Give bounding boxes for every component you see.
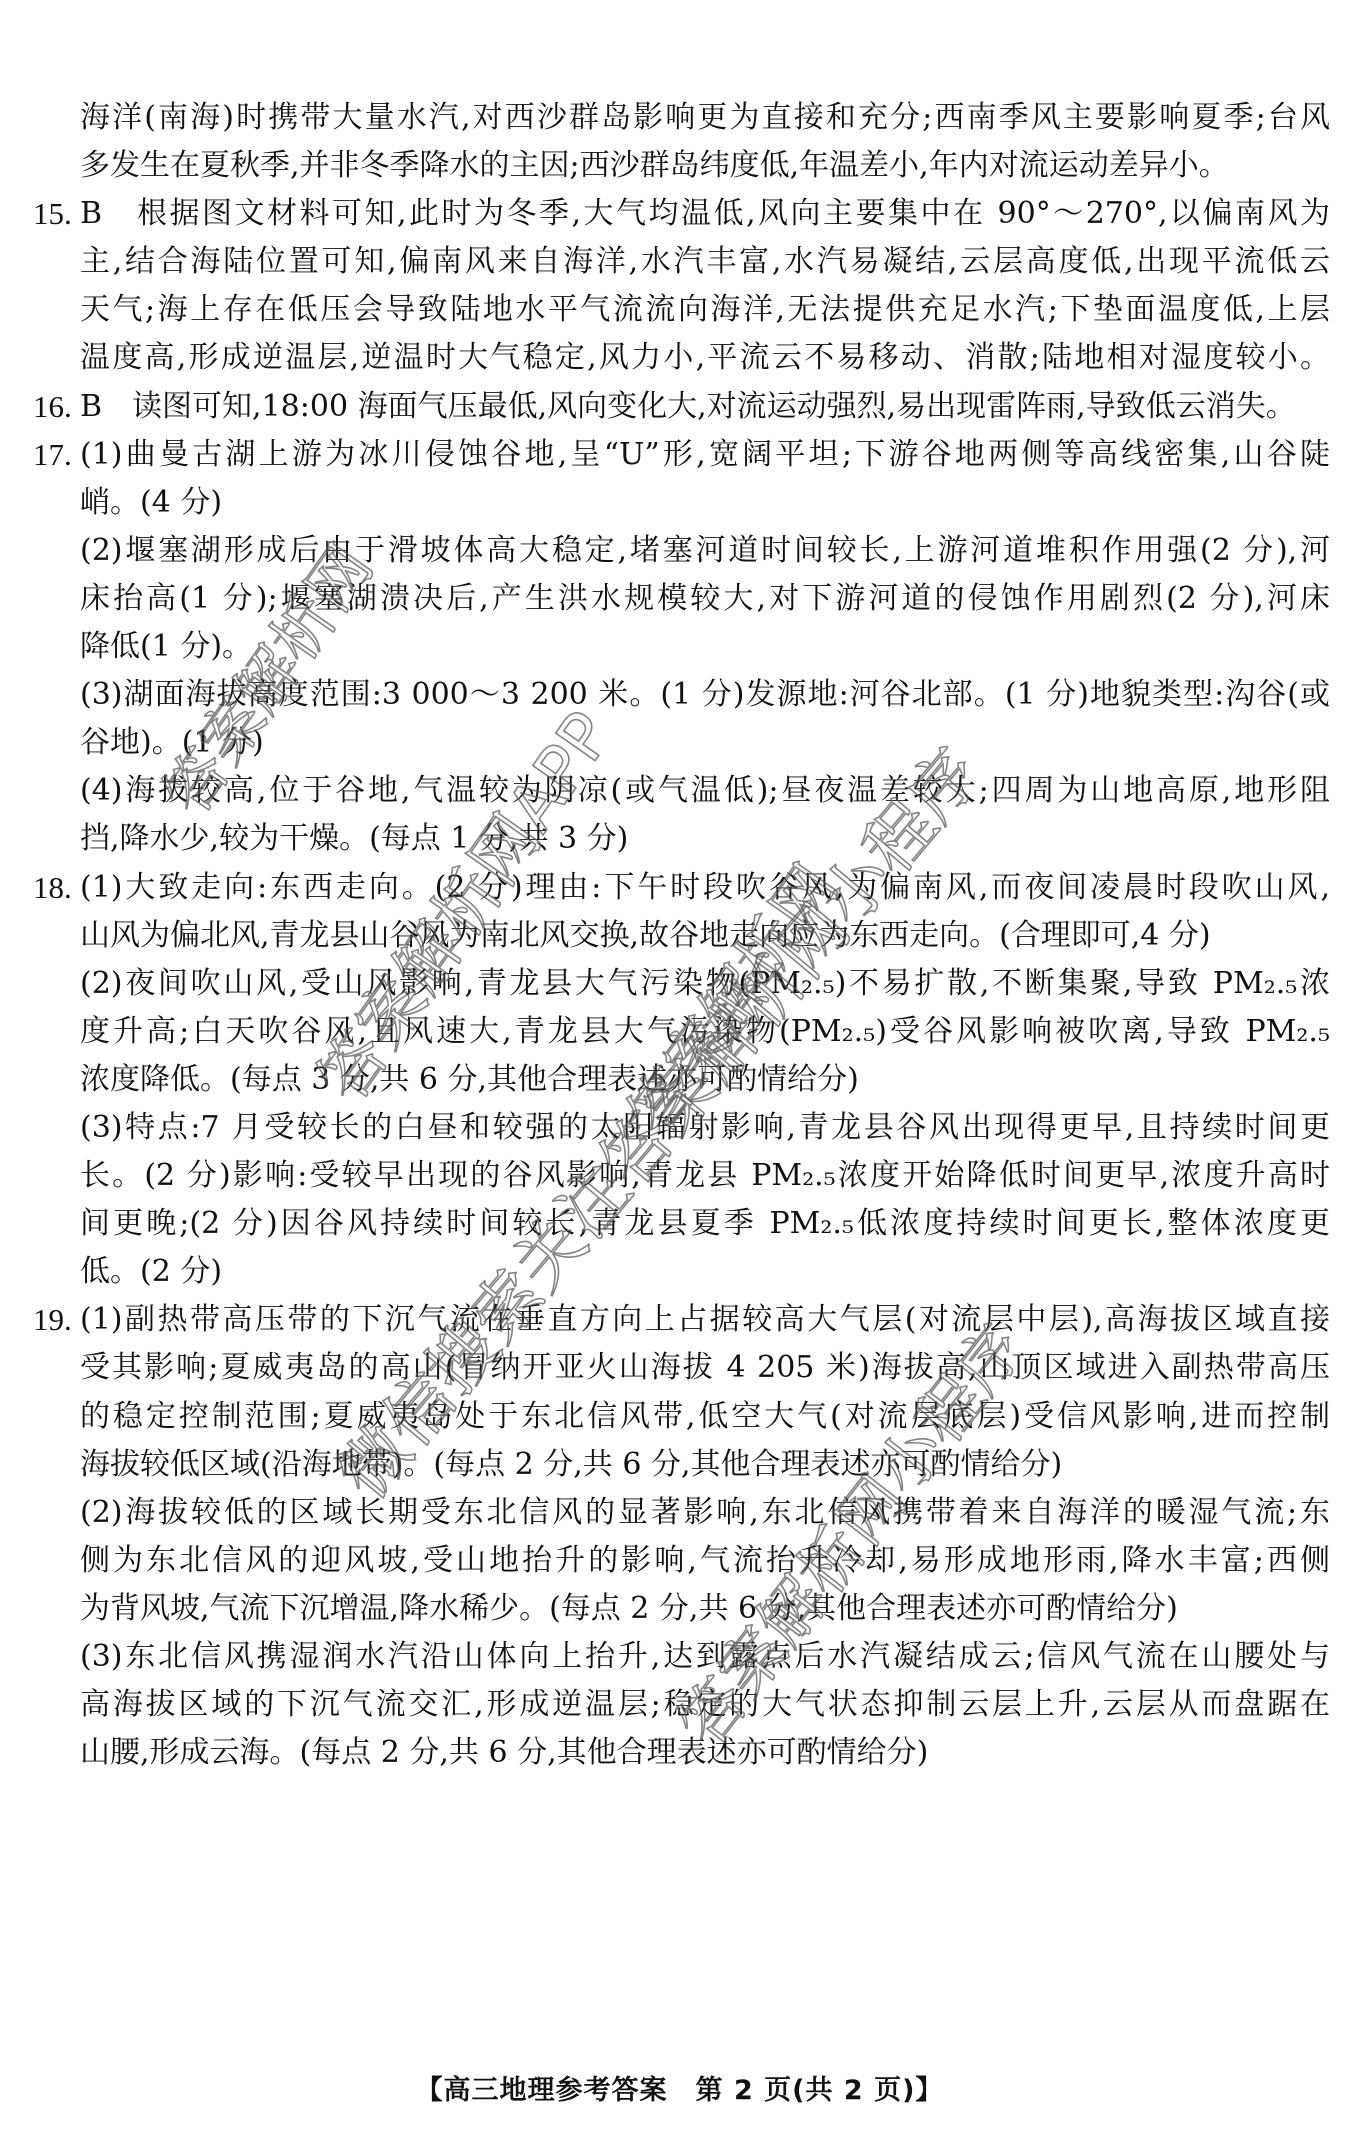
text-line: (4)海拔较高,位于谷地,气温较为阴凉(或气温低);昼夜温差较大;四周为山地高原… xyxy=(33,767,1330,815)
line-text: 山腰,形成云海。(每点 2 分,共 6 分,其他合理表述亦可酌情给分) xyxy=(80,1729,1330,1777)
text-line: (2)夜间吹山风,受山风影响,青龙县大气污染物(PM₂.₅)不易扩散,不断集聚,… xyxy=(33,960,1330,1008)
line-text: 温度高,形成逆温层,逆温时大气稳定,风力小,平流云不易移动、消散;陆地相对湿度较… xyxy=(80,334,1330,382)
text-line: 高海拔区域的下沉气流交汇,形成逆温层;稳定的大气状态抑制云层上升,云层从而盘踞在 xyxy=(33,1681,1330,1729)
line-text: B 根据图文材料可知,此时为冬季,大气均温低,风向主要集中在 90°～270°,… xyxy=(80,190,1330,238)
line-text: (3)东北信风携湿润水汽沿山体向上抬升,达到露点后水汽凝结成云;信风气流在山腰处… xyxy=(80,1633,1330,1681)
line-text: 海拔较低区域(沿海地带)。(每点 2 分,共 6 分,其他合理表述亦可酌情给分) xyxy=(80,1441,1330,1489)
line-text: 度升高;白天吹谷风,且风速大,青龙县大气污染物(PM₂.₅)受谷风影响被吹离,导… xyxy=(80,1008,1330,1056)
text-line: 海拔较低区域(沿海地带)。(每点 2 分,共 6 分,其他合理表述亦可酌情给分) xyxy=(33,1441,1330,1489)
line-text: 海洋(南海)时携带大量水汽,对西沙群岛影响更为直接和充分;西南季风主要影响夏季;… xyxy=(80,94,1330,142)
text-line: 受其影响;夏威夷岛的高山(冒纳开亚火山海拔 4 205 米)海拔高,山顶区域进入… xyxy=(33,1344,1330,1392)
line-text: (3)湖面海拔高度范围:3 000～3 200 米。(1 分)发源地:河谷北部。… xyxy=(80,671,1330,719)
text-line: 的稳定控制范围;夏威夷岛处于东北信风带,低空大气(对流层底层)受信风影响,进而控… xyxy=(33,1393,1330,1441)
text-line: 床抬高(1 分);堰塞湖溃决后,产生洪水规模较大,对下游河道的侵蚀作用剧烈(2 … xyxy=(33,575,1330,623)
text-line: 温度高,形成逆温层,逆温时大气稳定,风力小,平流云不易移动、消散;陆地相对湿度较… xyxy=(33,334,1330,382)
line-text: 间更晚;(2 分)因谷风持续时间较长,青龙县夏季 PM₂.₅低浓度持续时间更长,… xyxy=(80,1200,1330,1248)
line-text: (1)副热带高压带的下沉气流在垂直方向上占据较高大气层(对流层中层),高海拔区域… xyxy=(80,1296,1330,1344)
text-line: 度升高;白天吹谷风,且风速大,青龙县大气污染物(PM₂.₅)受谷风影响被吹离,导… xyxy=(33,1008,1330,1056)
line-text: 谷地)。(1 分) xyxy=(80,719,1330,767)
line-text: 山风为偏北风,青龙县山谷风为南北风交换,故谷地走向应为东西走向。(合理即可,4 … xyxy=(80,912,1330,960)
text-line: 挡,降水少,较为干燥。(每点 1 分,共 3 分) xyxy=(33,815,1330,863)
line-text: 为背风坡,气流下沉增温,降水稀少。(每点 2 分,共 6 分,其他合理表述亦可酌… xyxy=(80,1585,1330,1633)
text-line: 17.(1)曲曼古湖上游为冰川侵蚀谷地,呈“U”形,宽阔平坦;下游谷地两侧等高线… xyxy=(33,431,1330,479)
text-line: 山风为偏北风,青龙县山谷风为南北风交换,故谷地走向应为东西走向。(合理即可,4 … xyxy=(33,912,1330,960)
line-text: 的稳定控制范围;夏威夷岛处于东北信风带,低空大气(对流层底层)受信风影响,进而控… xyxy=(80,1393,1330,1441)
question-number: 18. xyxy=(33,864,80,912)
line-text: 低。(2 分) xyxy=(80,1248,1330,1296)
line-text: (1)大致走向:东西走向。(2 分)理由:下午时段吹谷风,为偏南风,而夜间凌晨时… xyxy=(80,864,1330,912)
line-text: 床抬高(1 分);堰塞湖溃决后,产生洪水规模较大,对下游河道的侵蚀作用剧烈(2 … xyxy=(80,575,1330,623)
line-text: 峭。(4 分) xyxy=(80,479,1330,527)
text-line: 为背风坡,气流下沉增温,降水稀少。(每点 2 分,共 6 分,其他合理表述亦可酌… xyxy=(33,1585,1330,1633)
line-text: (3)特点:7 月受较长的白昼和较强的太阳辐射影响,青龙县谷风出现得更早,且持续… xyxy=(80,1104,1330,1152)
text-line: 天气;海上存在低压会导致陆地水平气流流向海洋,无法提供充足水汽;下垫面温度低,上… xyxy=(33,286,1330,334)
text-line: 15.B 根据图文材料可知,此时为冬季,大气均温低,风向主要集中在 90°～27… xyxy=(33,190,1330,238)
line-text: (2)海拔较低的区域长期受东北信风的显著影响,东北信风携带着来自海洋的暖湿气流;… xyxy=(80,1489,1330,1537)
text-line: 间更晚;(2 分)因谷风持续时间较长,青龙县夏季 PM₂.₅低浓度持续时间更长,… xyxy=(33,1200,1330,1248)
text-line: 浓度降低。(每点 3 分,共 6 分,其他合理表述亦可酌情给分) xyxy=(33,1056,1330,1104)
answer-body: 海洋(南海)时携带大量水汽,对西沙群岛影响更为直接和充分;西南季风主要影响夏季;… xyxy=(33,94,1330,1777)
text-line: 峭。(4 分) xyxy=(33,479,1330,527)
question-number: 16. xyxy=(33,383,80,431)
line-text: 多发生在夏秋季,并非冬季降水的主因;西沙群岛纬度低,年温差小,年内对流运动差异小… xyxy=(80,142,1330,190)
text-line: 长。(2 分)影响:受较早出现的谷风影响,青龙县 PM₂.₅浓度开始降低时间更早… xyxy=(33,1152,1330,1200)
line-text: (2)堰塞湖形成后由于滑坡体高大稳定,堵塞河道时间较长,上游河道堆积作用强(2 … xyxy=(80,527,1330,575)
text-line: (2)堰塞湖形成后由于滑坡体高大稳定,堵塞河道时间较长,上游河道堆积作用强(2 … xyxy=(33,527,1330,575)
text-line: 降低(1 分)。 xyxy=(33,623,1330,671)
line-text: 降低(1 分)。 xyxy=(80,623,1330,671)
line-text: 侧为东北信风的迎风坡,受山地抬升的影响,气流抬升冷却,易形成地形雨,降水丰富;西… xyxy=(80,1537,1330,1585)
line-text: B 读图可知,18:00 海面气压最低,风向变化大,对流运动强烈,易出现雷阵雨,… xyxy=(80,383,1330,431)
page-footer: 【高三地理参考答案 第 2 页(共 2 页)】 xyxy=(0,2068,1359,2107)
line-text: (2)夜间吹山风,受山风影响,青龙县大气污染物(PM₂.₅)不易扩散,不断集聚,… xyxy=(80,960,1330,1008)
line-text: 浓度降低。(每点 3 分,共 6 分,其他合理表述亦可酌情给分) xyxy=(80,1056,1330,1104)
question-number: 19. xyxy=(33,1296,80,1344)
text-line: (2)海拔较低的区域长期受东北信风的显著影响,东北信风携带着来自海洋的暖湿气流;… xyxy=(33,1489,1330,1537)
text-line: 18.(1)大致走向:东西走向。(2 分)理由:下午时段吹谷风,为偏南风,而夜间… xyxy=(33,864,1330,912)
text-line: 山腰,形成云海。(每点 2 分,共 6 分,其他合理表述亦可酌情给分) xyxy=(33,1729,1330,1777)
line-text: 长。(2 分)影响:受较早出现的谷风影响,青龙县 PM₂.₅浓度开始降低时间更早… xyxy=(80,1152,1330,1200)
text-line: (3)特点:7 月受较长的白昼和较强的太阳辐射影响,青龙县谷风出现得更早,且持续… xyxy=(33,1104,1330,1152)
line-text: 受其影响;夏威夷岛的高山(冒纳开亚火山海拔 4 205 米)海拔高,山顶区域进入… xyxy=(80,1344,1330,1392)
text-line: (3)东北信风携湿润水汽沿山体向上抬升,达到露点后水汽凝结成云;信风气流在山腰处… xyxy=(33,1633,1330,1681)
text-line: 主,结合海陆位置可知,偏南风来自海洋,水汽丰富,水汽易凝结,云层高度低,出现平流… xyxy=(33,238,1330,286)
text-line: 谷地)。(1 分) xyxy=(33,719,1330,767)
question-number: 15. xyxy=(33,190,80,238)
line-text: 高海拔区域的下沉气流交汇,形成逆温层;稳定的大气状态抑制云层上升,云层从而盘踞在 xyxy=(80,1681,1330,1729)
line-text: (1)曲曼古湖上游为冰川侵蚀谷地,呈“U”形,宽阔平坦;下游谷地两侧等高线密集,… xyxy=(80,431,1330,479)
text-line: 16.B 读图可知,18:00 海面气压最低,风向变化大,对流运动强烈,易出现雷… xyxy=(33,383,1330,431)
text-line: 多发生在夏秋季,并非冬季降水的主因;西沙群岛纬度低,年温差小,年内对流运动差异小… xyxy=(33,142,1330,190)
line-text: 主,结合海陆位置可知,偏南风来自海洋,水汽丰富,水汽易凝结,云层高度低,出现平流… xyxy=(80,238,1330,286)
text-line: 海洋(南海)时携带大量水汽,对西沙群岛影响更为直接和充分;西南季风主要影响夏季;… xyxy=(33,94,1330,142)
line-text: 挡,降水少,较为干燥。(每点 1 分,共 3 分) xyxy=(80,815,1330,863)
text-line: 19.(1)副热带高压带的下沉气流在垂直方向上占据较高大气层(对流层中层),高海… xyxy=(33,1296,1330,1344)
text-line: (3)湖面海拔高度范围:3 000～3 200 米。(1 分)发源地:河谷北部。… xyxy=(33,671,1330,719)
text-line: 低。(2 分) xyxy=(33,1248,1330,1296)
text-line: 侧为东北信风的迎风坡,受山地抬升的影响,气流抬升冷却,易形成地形雨,降水丰富;西… xyxy=(33,1537,1330,1585)
line-text: 天气;海上存在低压会导致陆地水平气流流向海洋,无法提供充足水汽;下垫面温度低,上… xyxy=(80,286,1330,334)
answer-page: 海洋(南海)时携带大量水汽,对西沙群岛影响更为直接和充分;西南季风主要影响夏季;… xyxy=(0,0,1359,2137)
line-text: (4)海拔较高,位于谷地,气温较为阴凉(或气温低);昼夜温差较大;四周为山地高原… xyxy=(80,767,1330,815)
question-number: 17. xyxy=(33,431,80,479)
